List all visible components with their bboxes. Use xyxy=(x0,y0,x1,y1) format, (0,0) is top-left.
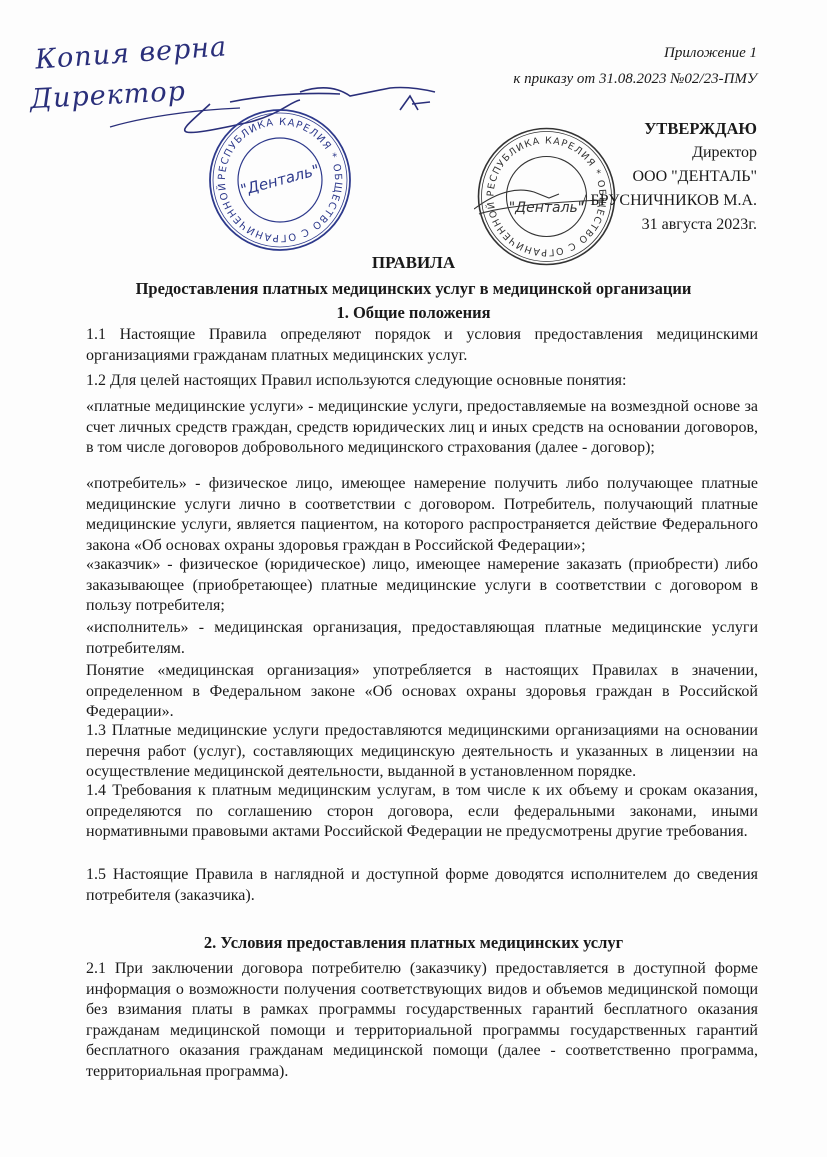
approval-heading: УТВЕРЖДАЮ xyxy=(582,117,757,141)
paragraph-2-1: 2.1 При заключении договора потребителю … xyxy=(86,959,758,1082)
document-subtitle: Предоставления платных медицинских услуг… xyxy=(0,279,827,299)
approval-signatory: / БРУСНИЧНИКОВ М.А. xyxy=(582,189,757,213)
svg-text:"Денталь": "Денталь" xyxy=(509,200,585,216)
definition-paid-services: «платные медицинские услуги» - медицинск… xyxy=(86,397,758,459)
approval-date: 31 августа 2023г. xyxy=(582,213,757,237)
annex-order: к приказу от 31.08.2023 №02/23-ПМУ xyxy=(513,66,757,92)
paragraph-1-3: 1.3 Платные медицинские услуги предостав… xyxy=(86,721,758,783)
definition-medical-organization: Понятие «медицинская организация» употре… xyxy=(86,661,758,723)
paragraph-1-4: 1.4 Требования к платным медицинским усл… xyxy=(86,781,758,843)
company-stamp: РЕСПУБЛИКА КАРЕЛИЯ * ОБЩЕСТВО С ОГРАНИЧЕ… xyxy=(205,105,355,255)
paragraph-1-2: 1.2 Для целей настоящих Правил использую… xyxy=(86,371,758,392)
definition-customer: «заказчик» - физическое (юридическое) ли… xyxy=(86,555,758,617)
paragraph-1-1: 1.1 Настоящие Правила определяют порядок… xyxy=(86,325,758,366)
approval-position: Директор xyxy=(582,141,757,165)
document-page: Копия верна Директор РЕСПУБЛИКА КАРЕЛИЯ … xyxy=(0,0,827,1157)
approval-block: УТВЕРЖДАЮ Директор ООО "ДЕНТАЛЬ" / БРУСН… xyxy=(582,117,757,237)
svg-text:"Денталь": "Денталь" xyxy=(239,161,322,199)
annex-number: Приложение 1 xyxy=(513,40,757,66)
definition-contractor: «исполнитель» - медицинская организация,… xyxy=(86,618,758,659)
section-1-heading: 1. Общие положения xyxy=(0,303,827,323)
section-2-heading: 2. Условия предоставления платных медици… xyxy=(0,933,827,953)
approval-organization: ООО "ДЕНТАЛЬ" xyxy=(582,165,757,189)
handwritten-copy-note: Копия верна xyxy=(34,31,228,75)
annex-reference: Приложение 1 к приказу от 31.08.2023 №02… xyxy=(513,40,757,92)
document-title: ПРАВИЛА xyxy=(0,253,827,273)
definition-consumer: «потребитель» - физическое лицо, имеющее… xyxy=(86,474,758,556)
paragraph-1-5: 1.5 Настоящие Правила в наглядной и дост… xyxy=(86,865,758,906)
